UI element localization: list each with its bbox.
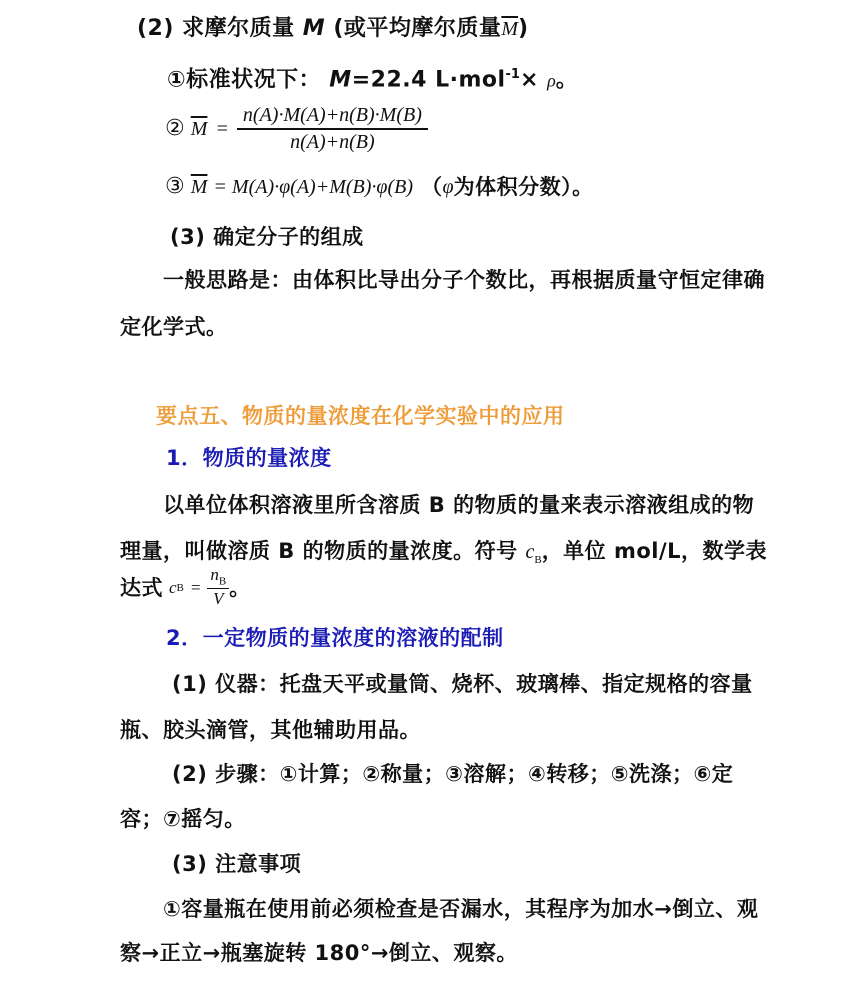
symbol-rho: ρ	[547, 70, 556, 90]
period: 。	[556, 67, 579, 92]
note-text: 为体积分数）。	[454, 172, 594, 202]
formula-average-molar-mass-volume-fraction: ③ M = M(A)·φ(A)+M(B)·φ(B) （φ 为体积分数）。	[165, 172, 594, 202]
fraction-denominator: V	[213, 589, 223, 609]
definition-line3-formula: 达式 cB = nB V 。	[120, 566, 251, 609]
fraction: nB V	[207, 566, 229, 609]
heading-text-mid: (或平均摩尔质量	[325, 16, 501, 41]
fraction-denominator: n(A)+n(B)	[290, 130, 375, 154]
fraction-numerator: nB	[207, 566, 229, 589]
subheading-precautions: (3) 注意事项	[172, 849, 301, 879]
definition-text-post: ，单位 mol/L，数学表	[542, 539, 767, 563]
subheading-molecular-composition: (3) 确定分子的组成	[170, 222, 364, 252]
subscript-B: B	[219, 575, 226, 587]
subheading-solution-preparation: 2．一定物质的量浓度的溶液的配制	[166, 623, 504, 653]
times-sign: ×	[520, 67, 539, 92]
subscript-B: B	[534, 554, 541, 566]
symbol-M: M	[329, 67, 351, 92]
formula-average-molar-mass-moles: ② M = n(A)·M(A)+n(B)·M(B) n(A)+n(B)	[165, 104, 428, 154]
circled-three-icon: ③	[165, 172, 185, 202]
subheading-molar-concentration: 1．物质的量浓度	[166, 443, 332, 473]
precaution-line2: 察→正立→瓶塞旋转 180°→倒立、观察。	[120, 938, 518, 968]
subscript-B: B	[177, 573, 184, 603]
heading-text-prefix: (2) 求摩尔质量	[137, 16, 303, 41]
symbol-n: n	[210, 565, 219, 584]
steps-line1: (2) 步骤：①计算；②称量；③溶解；④转移；⑤洗涤；⑥定	[172, 759, 733, 789]
period: 。	[229, 573, 251, 603]
fraction-numerator: n(A)·M(A)+n(B)·M(B)	[237, 104, 428, 130]
heading-molar-mass: (2) 求摩尔质量 M (或平均摩尔质量M)	[137, 14, 529, 44]
item-standard-condition: ①标准状况下： M=22.4 L·mol-1× ρ。	[167, 60, 578, 95]
document-page: (2) 求摩尔质量 M (或平均摩尔质量M) ①标准状况下： M=22.4 L·…	[0, 0, 857, 991]
instruments-line2: 瓶、胶头滴管，其他辅助用品。	[120, 715, 421, 745]
heading-text-suffix: )	[518, 16, 529, 41]
item-label: ①标准状况下：	[167, 67, 329, 92]
paragraph-general-approach-line1: 一般思路是：由体积比导出分子个数比，再根据质量守恒定律确	[163, 265, 765, 295]
equals-sign: =	[190, 573, 201, 603]
symbol-M-bar: M	[191, 172, 208, 202]
definition-line1: 以单位体积溶液里所含溶质 B 的物质的量来表示溶液组成的物	[163, 490, 754, 520]
symbol-M-bar: M	[191, 114, 208, 144]
symbol-M-bar: M	[501, 18, 518, 40]
note-open-paren: （	[421, 172, 443, 202]
symbol-c: c	[525, 541, 534, 563]
equation-text: =22.4 L·mol	[352, 67, 506, 92]
symbol-phi: φ	[443, 172, 454, 202]
symbol-c: c	[169, 573, 177, 603]
fraction: n(A)·M(A)+n(B)·M(B) n(A)+n(B)	[237, 104, 428, 154]
section-heading-key-point-five: 要点五、物质的量浓度在化学实验中的应用	[156, 401, 565, 431]
paragraph-general-approach-line2: 定化学式。	[120, 312, 228, 342]
definition-text: 理量，叫做溶质 B 的物质的量浓度。符号	[120, 539, 525, 563]
symbol-M: M	[303, 16, 325, 41]
formula-body: = M(A)·φ(A)+M(B)·φ(B)	[213, 172, 413, 202]
circled-two-icon: ②	[165, 114, 185, 144]
definition-text-pre: 达式	[120, 573, 163, 603]
steps-line2: 容；⑦摇匀。	[120, 804, 246, 834]
instruments-line1: (1) 仪器：托盘天平或量筒、烧杯、玻璃棒、指定规格的容量	[172, 669, 753, 699]
equals-sign: =	[215, 114, 229, 144]
precaution-line1: ①容量瓶在使用前必须检查是否漏水，其程序为加水→倒立、观	[163, 894, 758, 924]
exponent: -1	[506, 67, 520, 82]
